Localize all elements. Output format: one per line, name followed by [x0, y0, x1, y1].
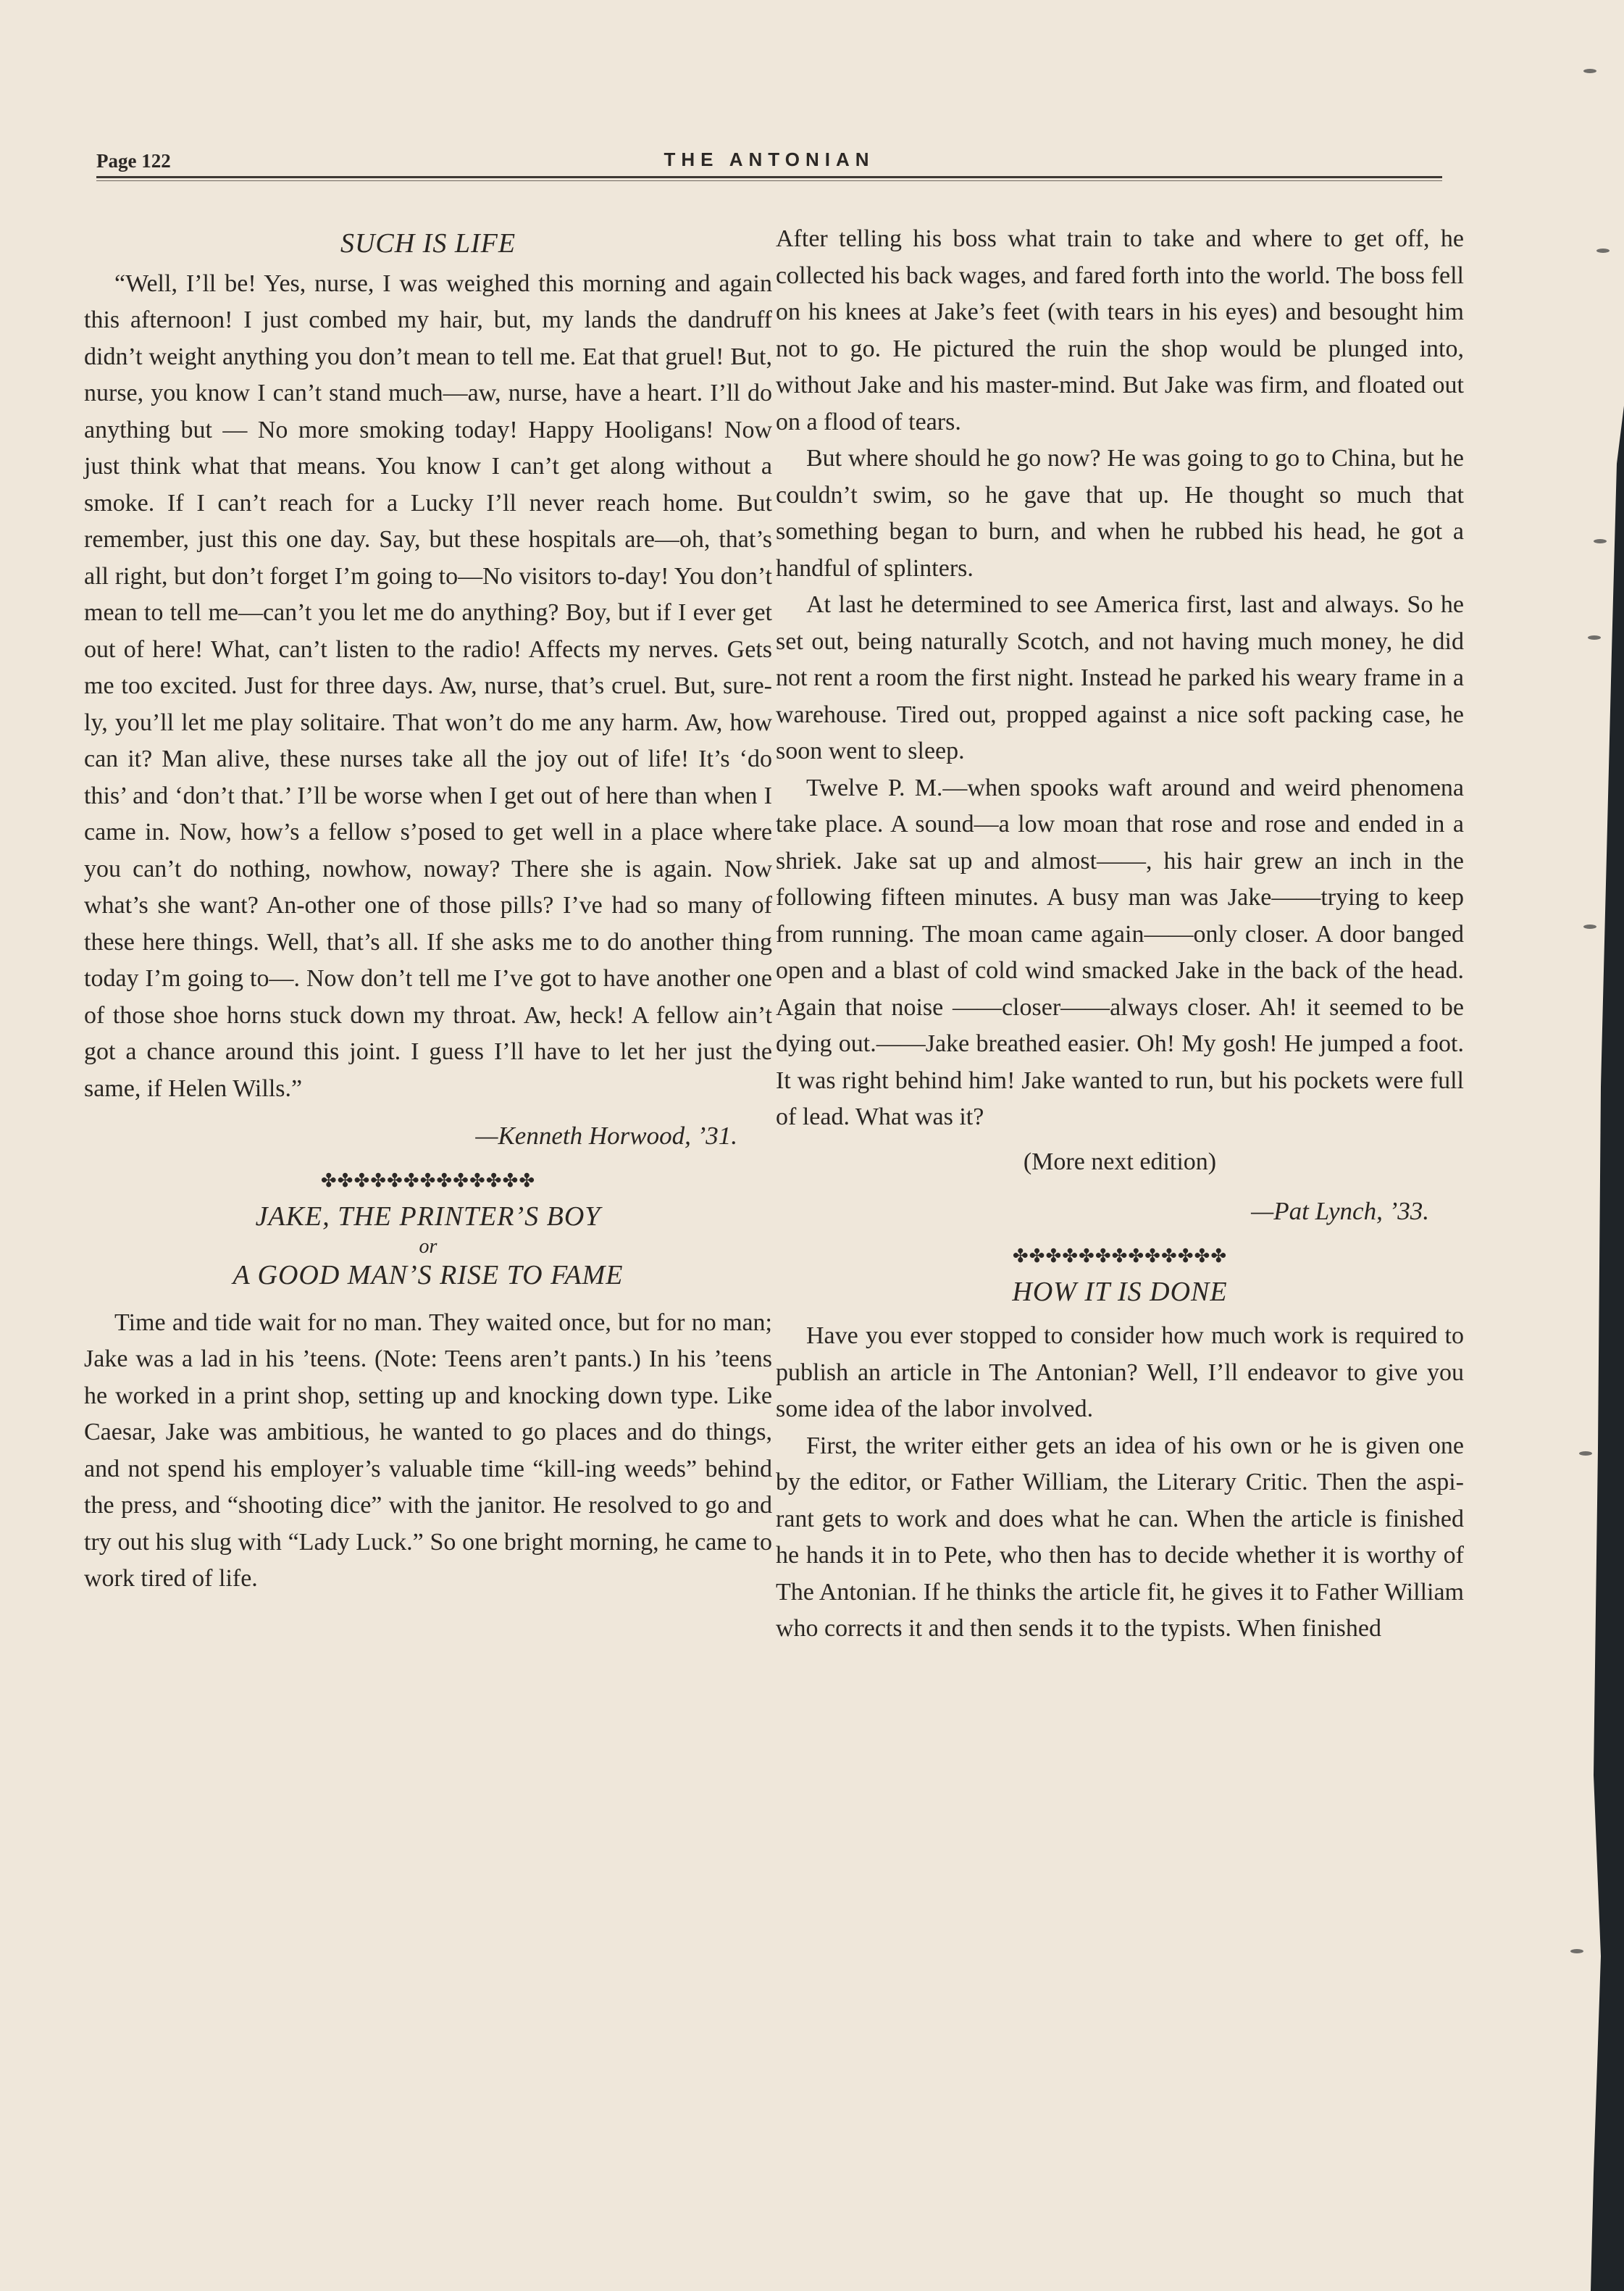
- ornament-divider: ✤✤✤✤✤✤✤✤✤✤✤✤✤: [776, 1242, 1464, 1271]
- running-head: Page 122 THE ANTONIAN: [96, 149, 1442, 180]
- paragraph: But where should he go now? He was going…: [776, 441, 1464, 587]
- article-body: After telling his boss what train to tak…: [776, 221, 1464, 1136]
- header-rule: [96, 176, 1442, 181]
- article-such-is-life: SUCH IS LIFE “Well, I’ll be! Yes, nurse,…: [84, 227, 772, 1156]
- article-how-it-is-done: HOW IT IS DONE Have you ever stopped to …: [776, 1275, 1464, 1648]
- article-jake-the-printers-boy: JAKE, THE PRINTER’S BOY or A GOOD MAN’S …: [84, 1200, 772, 1598]
- article-title: HOW IT IS DONE: [776, 1275, 1464, 1310]
- article-jake-continued: After telling his boss what train to tak…: [776, 221, 1464, 1232]
- paper-hole-mark: [1583, 69, 1596, 73]
- article-body: Time and tide wait for no man. They wait…: [84, 1305, 772, 1598]
- article-subtitle: A GOOD MAN’S RISE TO FAME: [84, 1259, 772, 1293]
- paragraph: After telling his boss what train to tak…: [776, 221, 1464, 441]
- paper-hole-mark: [1588, 635, 1601, 640]
- byline: —Kenneth Horwood, ’31.: [84, 1116, 737, 1156]
- paper-hole-mark: [1570, 1949, 1583, 1953]
- byline: —Pat Lynch, ’33.: [776, 1191, 1429, 1232]
- masthead: THE ANTONIAN: [96, 149, 1442, 171]
- article-body: Have you ever stopped to consider how mu…: [776, 1318, 1464, 1648]
- article-body: “Well, I’ll be! Yes, nurse, I was weighe…: [84, 266, 772, 1108]
- paragraph: Time and tide wait for no man. They wait…: [84, 1305, 772, 1598]
- paper-hole-mark: [1579, 1451, 1592, 1456]
- paper-hole-mark: [1594, 539, 1607, 543]
- paper-hole-mark: [1596, 249, 1610, 253]
- right-column: After telling his boss what train to tak…: [776, 221, 1464, 1648]
- paragraph: Have you ever stopped to consider how mu…: [776, 1318, 1464, 1428]
- article-title: JAKE, THE PRINTER’S BOY: [84, 1200, 772, 1235]
- paragraph: First, the writer either gets an idea of…: [776, 1428, 1464, 1648]
- magazine-page: Page 122 THE ANTONIAN SUCH IS LIFE “Well…: [0, 0, 1624, 2291]
- paper-hole-mark: [1583, 925, 1596, 929]
- left-column: SUCH IS LIFE “Well, I’ll be! Yes, nurse,…: [84, 221, 772, 1598]
- continued-note: (More next edition): [776, 1142, 1464, 1182]
- paragraph: Twelve P. M.—when spooks waft around and…: [776, 770, 1464, 1136]
- ornament-divider: ✤✤✤✤✤✤✤✤✤✤✤✤✤: [84, 1167, 772, 1195]
- article-title: SUCH IS LIFE: [84, 227, 772, 262]
- paragraph: At last he determined to see America fir…: [776, 587, 1464, 770]
- paragraph: “Well, I’ll be! Yes, nurse, I was weighe…: [84, 266, 772, 1108]
- article-title-or: or: [84, 1235, 772, 1259]
